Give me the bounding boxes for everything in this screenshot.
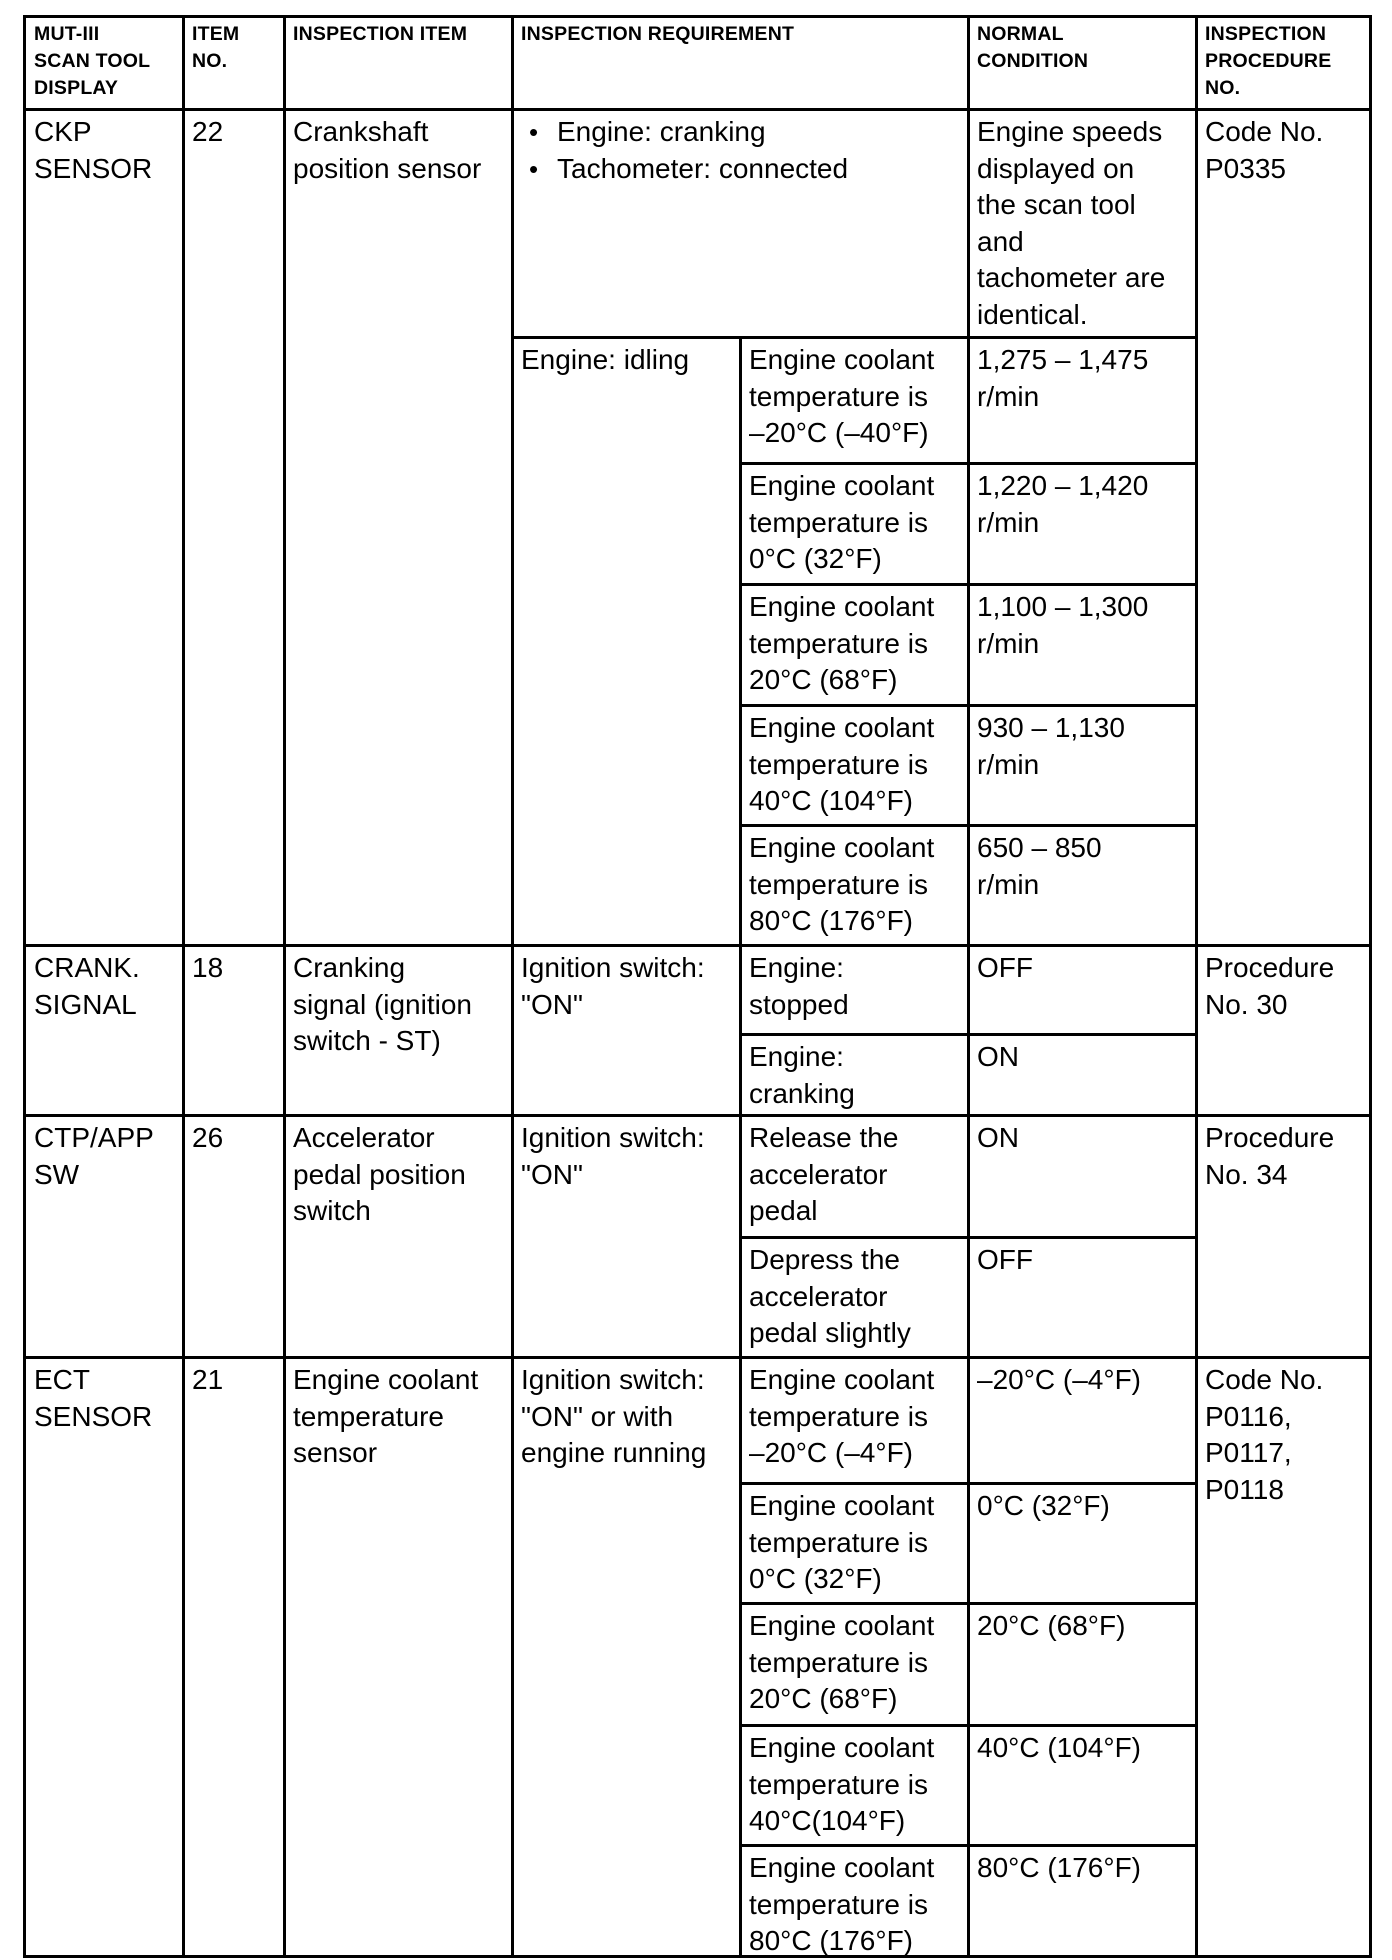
row-ckp-sub-condition: Engine coolant temperature is 0°C (32°F) [741, 464, 969, 578]
grid-line [739, 1033, 1197, 1036]
inspection-table: MUT-III SCAN TOOL DISPLAY ITEM NO. INSPE… [23, 15, 1372, 1958]
row-ckp-sub-condition: Engine coolant temperature is 80°C (176°… [741, 826, 969, 940]
row-ckp-item-no: 22 [184, 110, 285, 151]
row-ctp-sub-normal: OFF [969, 1238, 1197, 1279]
grid-line [739, 462, 1197, 465]
grid-line [739, 338, 742, 1958]
bullet-item: Engine: cranking [557, 114, 961, 151]
header-inspection-item: INSPECTION ITEM [285, 18, 513, 110]
grid-line [739, 1844, 1197, 1847]
grid-line [739, 1724, 1197, 1727]
row-crank-sub-condition: Engine: cranking [741, 1035, 969, 1112]
row-ect-sub-normal: 20°C (68°F) [969, 1604, 1197, 1645]
grid-line [283, 18, 286, 1958]
row-ckp-bullet-condition: Engine speeds displayed on the scan tool… [969, 110, 1197, 333]
row-ect-sub-condition: Engine coolant temperature is 0°C (32°F) [741, 1484, 969, 1598]
grid-line [1195, 18, 1198, 1958]
row-ect-sub-normal: –20°C (–4°F) [969, 1358, 1197, 1399]
row-crank-procedure: Procedure No. 30 [1197, 946, 1372, 1023]
row-ckp-sub-normal: 930 – 1,130 r/min [969, 706, 1197, 783]
header-item-no: ITEM NO. [184, 18, 285, 110]
grid-line [739, 704, 1197, 707]
row-ect-display: ECT SENSOR [26, 1358, 184, 1435]
row-crank-sub-normal: ON [969, 1035, 1197, 1076]
row-crank-sub-normal: OFF [969, 946, 1197, 987]
row-ckp-sub-condition: Engine coolant temperature is 40°C (104°… [741, 706, 969, 820]
row-crank-inspection-item: Cranking signal (ignition switch - ST) [285, 946, 513, 1060]
row-crank-display: CRANK. SIGNAL [26, 946, 184, 1023]
bullet-item: Tachometer: connected [557, 151, 961, 188]
grid-line [511, 336, 1197, 339]
row-ect-item-no: 21 [184, 1358, 285, 1399]
row-ckp-display: CKP SENSOR [26, 110, 184, 187]
row-crank-requirement-group: Ignition switch: "ON" [513, 946, 741, 1023]
row-ctp-item-no: 26 [184, 1116, 285, 1157]
grid-line [739, 1482, 1197, 1485]
header-normal-condition: NORMAL CONDITION [969, 18, 1197, 110]
grid-line [739, 1602, 1197, 1605]
grid-line [26, 108, 1369, 111]
row-ect-inspection-item: Engine coolant temperature sensor [285, 1358, 513, 1472]
row-ect-sub-normal: 80°C (176°F) [969, 1846, 1197, 1887]
row-ctp-sub-condition: Release the accelerator pedal [741, 1116, 969, 1230]
row-ctp-sub-condition: Depress the accelerator pedal slightly [741, 1238, 969, 1352]
grid-line [26, 1114, 1369, 1117]
row-ctp-procedure: Procedure No. 34 [1197, 1116, 1372, 1193]
grid-line [26, 1356, 1369, 1359]
header-display: MUT-III SCAN TOOL DISPLAY [26, 18, 184, 110]
header-inspection-requirement: INSPECTION REQUIREMENT [513, 18, 969, 110]
row-ckp-sub-normal: 650 – 850 r/min [969, 826, 1197, 903]
row-ect-sub-condition: Engine coolant temperature is 20°C (68°F… [741, 1604, 969, 1718]
grid-line [182, 18, 185, 1958]
header-procedure-no: INSPECTION PROCEDURE NO. [1197, 18, 1372, 110]
row-ect-sub-condition: Engine coolant temperature is 40°C(104°F… [741, 1726, 969, 1840]
row-ect-sub-condition: Engine coolant temperature is 80°C (176°… [741, 1846, 969, 1960]
row-ckp-procedure: Code No. P0335 [1197, 110, 1372, 187]
row-ect-procedure: Code No. P0116, P0117, P0118 [1197, 1358, 1372, 1508]
row-ckp-requirement-group: Engine: idling [513, 338, 741, 379]
grid-line [739, 824, 1197, 827]
row-ctp-inspection-item: Accelerator pedal position switch [285, 1116, 513, 1230]
row-ect-sub-normal: 0°C (32°F) [969, 1484, 1197, 1525]
row-ect-requirement-group: Ignition switch: "ON" or with engine run… [513, 1358, 741, 1472]
grid-line [511, 18, 514, 1958]
grid-line [26, 944, 1369, 947]
row-crank-sub-condition: Engine: stopped [741, 946, 969, 1023]
row-ckp-sub-condition: Engine coolant temperature is 20°C (68°F… [741, 585, 969, 699]
row-ctp-display: CTP/APP SW [26, 1116, 184, 1193]
row-ckp-sub-condition: Engine coolant temperature is –20°C (–40… [741, 338, 969, 452]
row-ckp-requirement-bullets: Engine: cranking Tachometer: connected [513, 110, 969, 187]
row-ctp-requirement-group: Ignition switch: "ON" [513, 1116, 741, 1193]
row-ckp-sub-normal: 1,275 – 1,475 r/min [969, 338, 1197, 415]
row-ect-sub-condition: Engine coolant temperature is –20°C (–4°… [741, 1358, 969, 1472]
row-ckp-inspection-item: Crankshaft position sensor [285, 110, 513, 187]
grid-line [967, 18, 970, 1958]
grid-line [739, 583, 1197, 586]
row-ect-sub-normal: 40°C (104°F) [969, 1726, 1197, 1767]
grid-line [739, 1236, 1197, 1239]
row-crank-item-no: 18 [184, 946, 285, 987]
row-ctp-sub-normal: ON [969, 1116, 1197, 1157]
row-ckp-sub-normal: 1,100 – 1,300 r/min [969, 585, 1197, 662]
row-ckp-sub-normal: 1,220 – 1,420 r/min [969, 464, 1197, 541]
